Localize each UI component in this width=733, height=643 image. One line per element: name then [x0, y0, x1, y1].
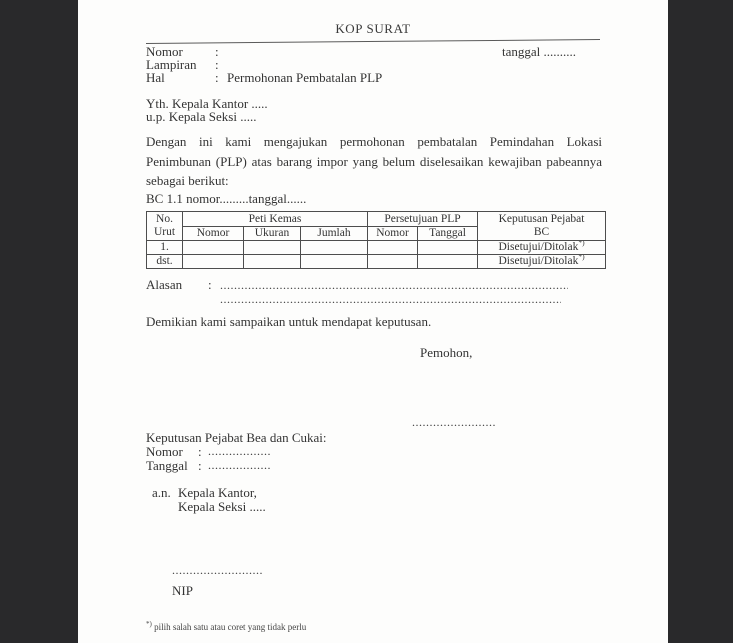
subheader-ukuran: Ukuran	[244, 227, 301, 241]
table-row-1: 1. Disetujui/Ditolak*)	[147, 241, 606, 255]
row2-decision: Disetujui/Ditolak*)	[478, 255, 606, 269]
header-peti-kemas: Peti Kemas	[183, 212, 368, 227]
nip-label: NIP	[172, 583, 193, 599]
row2-decision-note: *)	[578, 255, 584, 262]
meta-row-hal: Hal:Permohonan Pembatalan PLP	[146, 70, 382, 86]
official-signature-line: ..........................	[172, 563, 263, 578]
closing-statement: Demikian kami sampaikan untuk mendapat k…	[146, 314, 431, 330]
hal-value: Permohonan Pembatalan PLP	[227, 70, 382, 86]
row1-cell	[244, 241, 301, 255]
decision-tanggal-row: Tanggal:..................	[146, 458, 271, 474]
alasan-dotted-line-1: ........................................…	[220, 278, 568, 293]
footnote-text: pilih salah satu atau coret yang tidak p…	[152, 622, 306, 632]
scanned-document-background: KOP SURAT Nomor: Lampiran: Hal:Permohona…	[0, 0, 733, 643]
row2-cell	[301, 255, 368, 269]
header-keputusan-pejabat: Keputusan Pejabat BC	[478, 212, 606, 241]
an-prefix: a.n.	[152, 485, 178, 501]
row1-decision-text: Disetujui/Ditolak	[498, 241, 578, 253]
row2-cell	[368, 255, 418, 269]
subheader-plp-tanggal: Tanggal	[418, 227, 478, 241]
alasan-label: Alasan	[146, 277, 182, 293]
signer-title: Pemohon,	[420, 345, 472, 361]
row1-decision: Disetujui/Ditolak*)	[478, 241, 606, 255]
row2-decision-text: Disetujui/Ditolak	[498, 255, 578, 267]
official-title-2: Kepala Seksi .....	[178, 499, 266, 515]
row2-no: dst.	[147, 255, 183, 269]
date-field: tanggal ..........	[502, 44, 576, 60]
decision-tanggal-label: Tanggal	[146, 458, 198, 474]
row1-cell	[183, 241, 244, 255]
row1-no: 1.	[147, 241, 183, 255]
alasan-dotted-line-2: ........................................…	[220, 292, 561, 307]
row1-decision-note: *)	[578, 241, 584, 248]
hal-colon: :	[215, 70, 227, 86]
row1-cell	[301, 241, 368, 255]
row2-cell	[183, 255, 244, 269]
row1-cell	[368, 241, 418, 255]
alasan-colon: :	[208, 277, 212, 293]
footnote: *) pilih salah satu atau coret yang tida…	[146, 620, 306, 632]
document-page: KOP SURAT Nomor: Lampiran: Hal:Permohona…	[78, 0, 668, 643]
opening-paragraph: Dengan ini kami mengajukan permohonan pe…	[146, 132, 602, 191]
decision-tanggal-dots: ..................	[208, 458, 271, 474]
row2-cell	[418, 255, 478, 269]
row2-cell	[244, 255, 301, 269]
subheader-nomor: Nomor	[183, 227, 244, 241]
bc-reference-line: BC 1.1 nomor.........tanggal......	[146, 191, 306, 207]
header-no-urut: No. Urut	[147, 212, 183, 241]
plp-table: No. Urut Peti Kemas Persetujuan PLP Kepu…	[146, 211, 606, 269]
official-title-1: Kepala Kantor,	[178, 485, 257, 500]
applicant-signature-line: ........................	[412, 415, 496, 430]
table-row-dst: dst. Disetujui/Ditolak*)	[147, 255, 606, 269]
row1-cell	[418, 241, 478, 255]
subheader-plp-nomor: Nomor	[368, 227, 418, 241]
header-persetujuan-plp: Persetujuan PLP	[368, 212, 478, 227]
letterhead-title: KOP SURAT	[78, 21, 668, 37]
recipient-line-2: u.p. Kepala Seksi .....	[146, 109, 256, 125]
subheader-jumlah: Jumlah	[301, 227, 368, 241]
hal-label: Hal	[146, 70, 215, 86]
decision-tanggal-colon: :	[198, 458, 208, 474]
